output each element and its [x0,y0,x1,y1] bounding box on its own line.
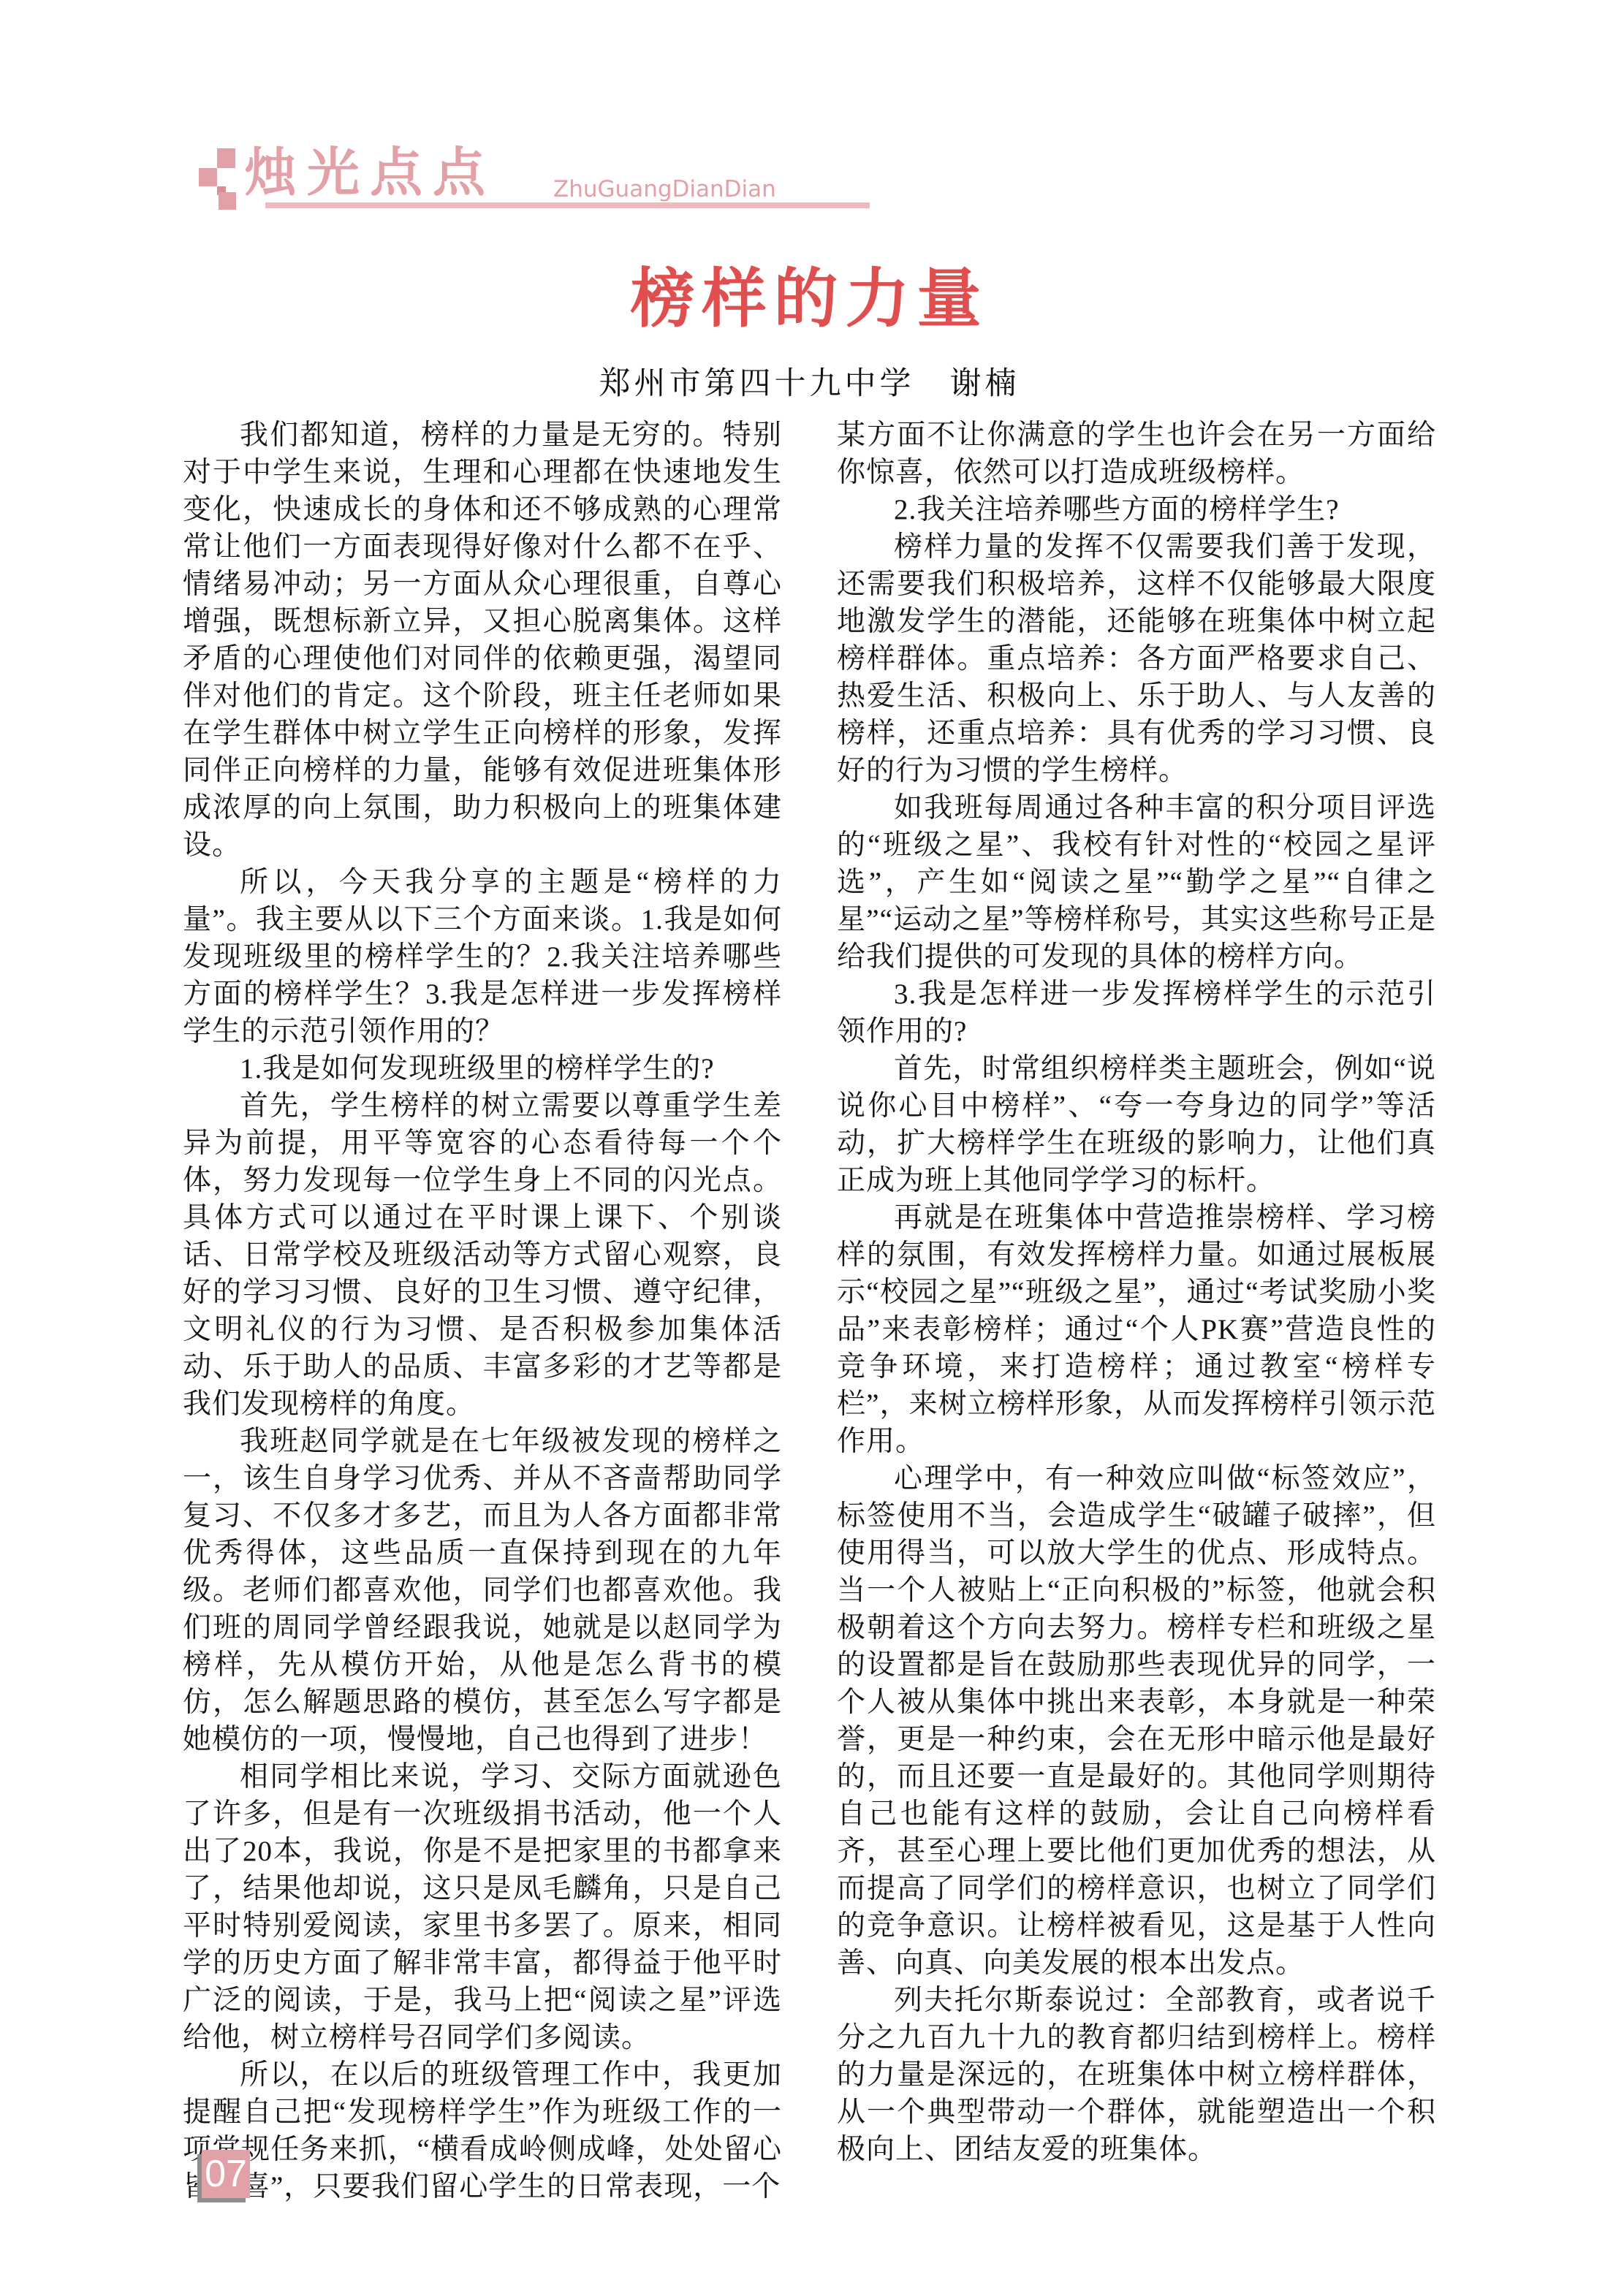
body-paragraph: 再就是在班集体中营造推崇榜样、学习榜样的氛围，有效发挥榜样力量。如通过展板展示“… [837,1199,1436,1460]
article-byline: 郑州市第四十九中学 谢楠 [183,364,1436,405]
magazine-page: 烛光点点 ZhuGuangDianDian 榜样的力量 郑州市第四十九中学 谢楠… [0,0,1624,2296]
body-paragraph: 列夫托尔斯泰说过：全部教育，或者说千分之九百九十九的教育都归结到榜样上。榜样的力… [837,1982,1436,2168]
body-paragraph: 所以，在以后的班级管理工作中，我更加提醒自己把“发现榜样学生”作为班级工作的一项… [183,2056,782,2205]
article-body: 我们都知道，榜样的力量是无穷的。特别对于中学生来说，生理和心理都在快速地发生变化… [183,417,1436,2205]
body-paragraph: 首先，学生榜样的树立需要以尊重学生差异为前提，用平等宽容的心态看待每一个个体，努… [183,1087,782,1423]
logo-square-left [199,168,217,186]
body-paragraph: 相同学相比来说，学习、交际方面就逊色了许多，但是有一次班级捐书活动，他一个人出了… [183,1758,782,2056]
body-paragraph: 我班赵同学就是在七年级被发现的榜样之一，该生自身学习优秀、并从不吝啬帮助同学复习… [183,1423,782,1758]
masthead-underline [265,202,870,208]
body-paragraph: 某方面不让你满意的学生也许会在另一方面给你惊喜，依然可以打造成班级榜样。 [837,417,1436,491]
body-paragraph: 2.我关注培养哪些方面的榜样学生? [837,491,1436,528]
body-paragraph: 我们都知道，榜样的力量是无穷的。特别对于中学生来说，生理和心理都在快速地发生变化… [183,417,782,864]
page-number-badge: 07 [202,2150,250,2198]
logo-square-bottom [219,192,236,210]
body-paragraph: 心理学中，有一种效应叫做“标签效应”，标签使用不当，会造成学生“破罐子破摔”，但… [837,1460,1436,1982]
article-title: 榜样的力量 [183,260,1436,341]
checker-squares-logo-icon [196,148,237,210]
logo-square-top [217,148,235,168]
body-paragraph: 首先，时常组织榜样类主题班会，例如“说说你心目中榜样”、“夸一夸身边的同学”等活… [837,1050,1436,1199]
body-paragraph: 1.我是如何发现班级里的榜样学生的? [183,1050,782,1087]
column-logo-text: 烛光点点 [244,143,496,202]
body-paragraph: 如我班每周通过各种丰富的积分项目评选的“班级之星”、我校有针对性的“校园之星评选… [837,789,1436,976]
right-column: 某方面不让你满意的学生也许会在另一方面给你惊喜，依然可以打造成班级榜样。2.我关… [837,417,1436,2168]
body-paragraph: 榜样力量的发挥不仅需要我们善于发现，还需要我们积极培养，这样不仅能够最大限度地激… [837,528,1436,789]
left-column: 我们都知道，榜样的力量是无穷的。特别对于中学生来说，生理和心理都在快速地发生变化… [183,417,782,2205]
column-logo-pinyin: ZhuGuangDianDian [553,176,776,202]
body-paragraph: 所以，今天我分享的主题是“榜样的力量”。我主要从以下三个方面来谈。1.我是如何发… [183,864,782,1050]
body-paragraph: 3.我是怎样进一步发挥榜样学生的示范引领作用的? [837,976,1436,1050]
